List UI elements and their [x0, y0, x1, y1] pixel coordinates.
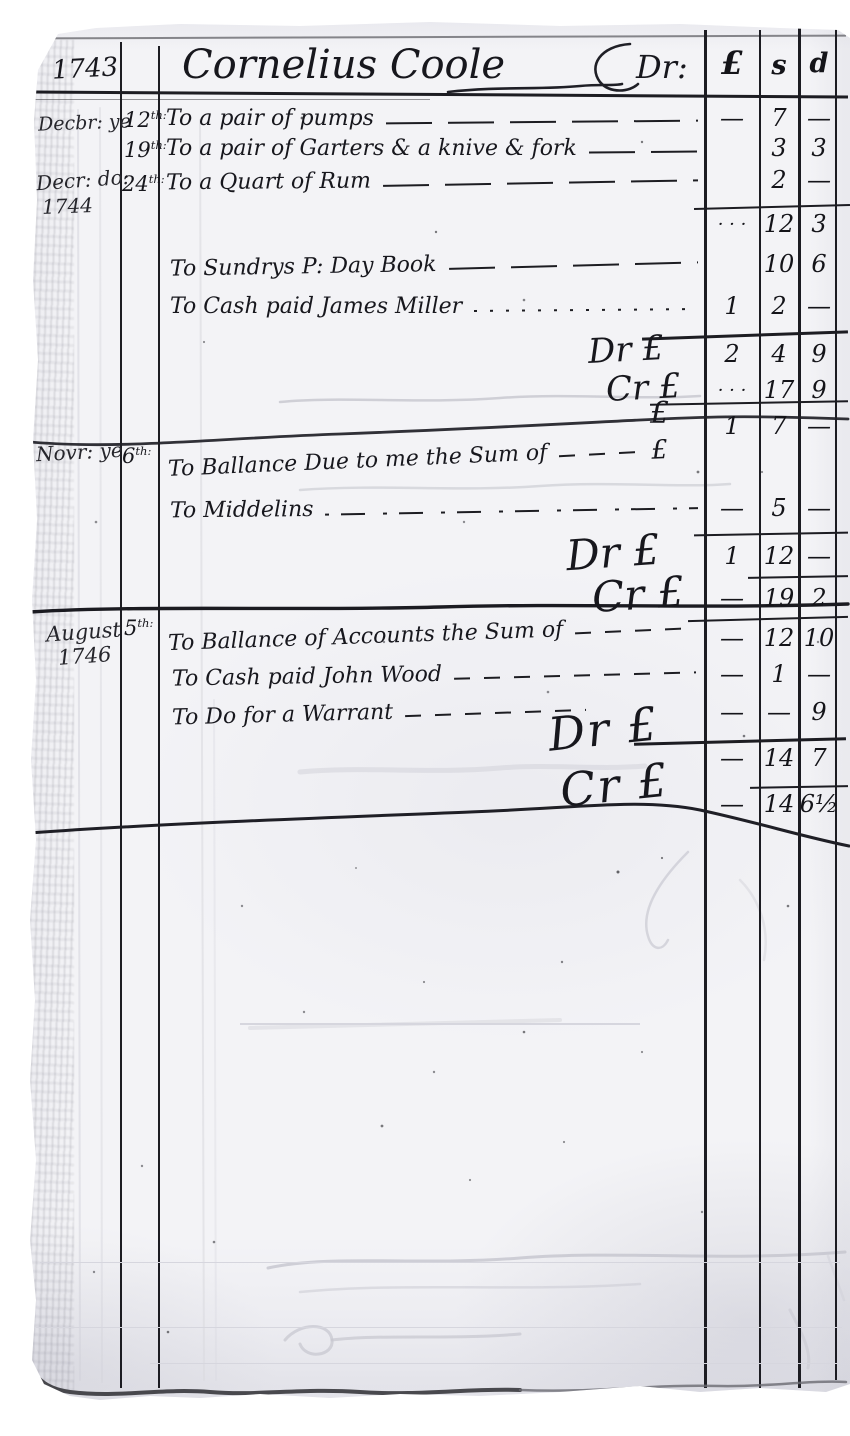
amount-shillings: 2 [757, 292, 801, 320]
pound-sign: £ [625, 696, 662, 753]
amount-pence: 3 [796, 134, 842, 162]
total-shillings: 14 [757, 790, 801, 818]
amount-pence: 6 [796, 250, 842, 278]
amount-pounds: — [704, 104, 760, 132]
day-number: 24 [122, 172, 149, 196]
account-name: Cornelius Coole [182, 42, 505, 88]
day-ordinal: th: [135, 444, 151, 458]
column-rule-day [158, 46, 160, 1388]
entry-date-year: 1746 [57, 642, 112, 670]
total-pounds: 2 [704, 340, 760, 368]
entry-description: To Do for a Warrant [172, 700, 394, 731]
entry-date: Decbr: ye [38, 110, 132, 135]
ghost-rule-1 [240, 1023, 640, 1025]
amount-pounds: — [704, 660, 760, 688]
credit-total-label: Cr £ [557, 752, 671, 817]
ledger-entry: To Cash paid John Wood [172, 657, 702, 691]
amount-pounds: — [704, 698, 760, 726]
subtotal-pounds: · · · [704, 214, 760, 235]
day-ordinal: th: [137, 616, 153, 630]
entry-description: To a pair of pumps [166, 106, 374, 131]
entry-date-year: 1744 [42, 193, 94, 219]
dr-label: Dr [587, 330, 633, 372]
balance-rule-aug [688, 616, 848, 622]
total-pounds: 1 [704, 542, 760, 570]
total-pence: 9 [796, 340, 842, 368]
column-rule-date [120, 42, 122, 1388]
entry-dash-leader [559, 451, 645, 457]
year-label: 1743 [51, 52, 119, 85]
entry-description: To a pair of Garters & a knive & fork [166, 136, 577, 161]
entry-description: To Ballance Due to me the Sum of [168, 440, 548, 482]
amount-shillings: 3 [757, 134, 801, 162]
total-pence: 2 [796, 584, 842, 612]
entry-day: 5th: [124, 616, 153, 640]
ledger-entry: To Middelins [170, 494, 704, 524]
debit-total-label: Dr £ [587, 328, 665, 372]
ledger-entry: To a Quart of Rum [166, 166, 704, 196]
amount-pence: 9 [796, 698, 842, 726]
amount-pence: — [796, 104, 842, 132]
paper-sheet: 1743 Cornelius Coole Dr: £ s d Decbr: ye… [0, 0, 850, 1436]
shillings-column-header: s [757, 50, 801, 81]
balance-pounds: 1 [704, 412, 760, 440]
pound-sign: £ [651, 435, 669, 466]
total-shillings: 14 [757, 744, 801, 772]
header-rule-echo [30, 99, 430, 100]
pound-sign: £ [635, 752, 672, 809]
ghost-rule-3 [36, 1327, 842, 1328]
total-pounds: · · · [704, 380, 760, 401]
subtotal-pence: 3 [796, 210, 842, 238]
total-pence: 7 [796, 744, 842, 772]
total-shillings: 19 [757, 584, 801, 612]
entry-description: To Sundrys P: Day Book [170, 252, 437, 282]
entry-description: To Ballance of Accounts the Sum of [168, 617, 564, 656]
amount-shillings: 5 [757, 494, 801, 522]
total-pounds: — [704, 790, 760, 818]
day-number: 6 [122, 444, 135, 468]
entry-day: 24th: [122, 172, 165, 196]
pounds-column-header: £ [704, 44, 760, 82]
entry-dash-leader [386, 120, 698, 125]
amount-pounds: — [704, 494, 760, 522]
total-pence: — [796, 542, 842, 570]
page-top-edge-line [36, 35, 846, 40]
torn-bottom-edge-left [28, 1352, 520, 1394]
entry-dash-leader [589, 151, 698, 154]
total-shillings: 4 [757, 340, 801, 368]
pound-sign: £ [656, 567, 686, 618]
ghost-rule-4 [150, 1363, 840, 1364]
entry-day: 6th: [122, 444, 151, 468]
total-pounds: — [704, 744, 760, 772]
entry-dash-leader [383, 179, 698, 186]
entry-description: To Cash paid John Wood [172, 662, 442, 692]
entry-day: 12th: [124, 108, 167, 132]
total-shillings: 17 [757, 376, 801, 404]
balance-pence: — [796, 412, 842, 440]
amount-pence: — [796, 292, 842, 320]
amount-shillings: 1 [757, 660, 801, 688]
amount-shillings: 10 [757, 250, 801, 278]
amount-pounds: 1 [704, 292, 760, 320]
total-shillings: 12 [757, 542, 801, 570]
balance-shillings: 7 [757, 412, 801, 440]
amount-shillings: 7 [757, 104, 801, 132]
balance-pounds: — [704, 624, 760, 652]
day-ordinal: th: [151, 108, 167, 122]
cr-label: Cr [605, 368, 649, 410]
ghost-rule-2 [40, 1262, 840, 1263]
pound-sign: £ [641, 328, 665, 369]
pound-sign: £ [650, 396, 669, 431]
entry-dot-leader [474, 308, 698, 312]
amount-pence: — [796, 166, 842, 194]
amount-shillings: 2 [757, 166, 801, 194]
ledger-page-scan: 1743 Cornelius Coole Dr: £ s d Decbr: ye… [0, 0, 850, 1436]
day-number: 5 [124, 616, 137, 640]
debit-header-label: Dr: [636, 48, 688, 86]
dr-swash [595, 44, 638, 91]
total-pounds: — [704, 584, 760, 612]
entry-dash-leader [454, 671, 696, 679]
amount-shillings: — [757, 698, 801, 726]
torn-left-edge-texture [30, 40, 74, 1390]
credit-total-label: Cr £ [605, 366, 682, 410]
cr-label: Cr [557, 757, 623, 817]
dr-label: Dr [545, 701, 613, 761]
pence-column-header: d [796, 48, 842, 79]
entry-description: To Middelins [170, 497, 314, 523]
entry-date: Novr: ye [35, 438, 123, 467]
ledger-entry: To Cash paid James Miller [170, 294, 704, 319]
entry-date: Decr: do: [35, 165, 130, 195]
entry-dash-leader [575, 628, 682, 635]
subtotal-shillings: 12 [757, 210, 801, 238]
entry-dash-leader [449, 261, 698, 270]
ledger-entry: To Ballance Due to me the Sum of £ [168, 435, 669, 487]
total-pence: 9 [796, 376, 842, 404]
entry-dashdot-leader [326, 507, 698, 516]
ledger-entry: To Do for a Warrant [172, 695, 593, 731]
day-number: 12 [124, 108, 151, 132]
amount-pence: — [796, 660, 842, 688]
day-ordinal: th: [149, 172, 165, 186]
ledger-entry: To a pair of pumps [166, 106, 704, 131]
balance-pence: 10 [796, 624, 842, 652]
ledger-entry: To a pair of Garters & a knive & fork [166, 136, 704, 161]
header-rule [30, 91, 848, 99]
day-ordinal: th: [151, 138, 167, 152]
total-rule-dr2 [694, 532, 848, 537]
debit-total-label: Dr £ [545, 696, 661, 761]
total-pence: 6½ [796, 790, 842, 818]
day-number: 19 [124, 138, 151, 162]
amount-pence: — [796, 494, 842, 522]
balance-shillings: 12 [757, 624, 801, 652]
entry-day: 19th: [124, 138, 167, 162]
ledger-entry: To Ballance of Accounts the Sum of [168, 613, 689, 656]
entry-description: To Cash paid James Miller [170, 294, 462, 319]
entry-description: To a Quart of Rum [166, 169, 371, 196]
ledger-entry: To Sundrys P: Day Book [170, 247, 704, 281]
